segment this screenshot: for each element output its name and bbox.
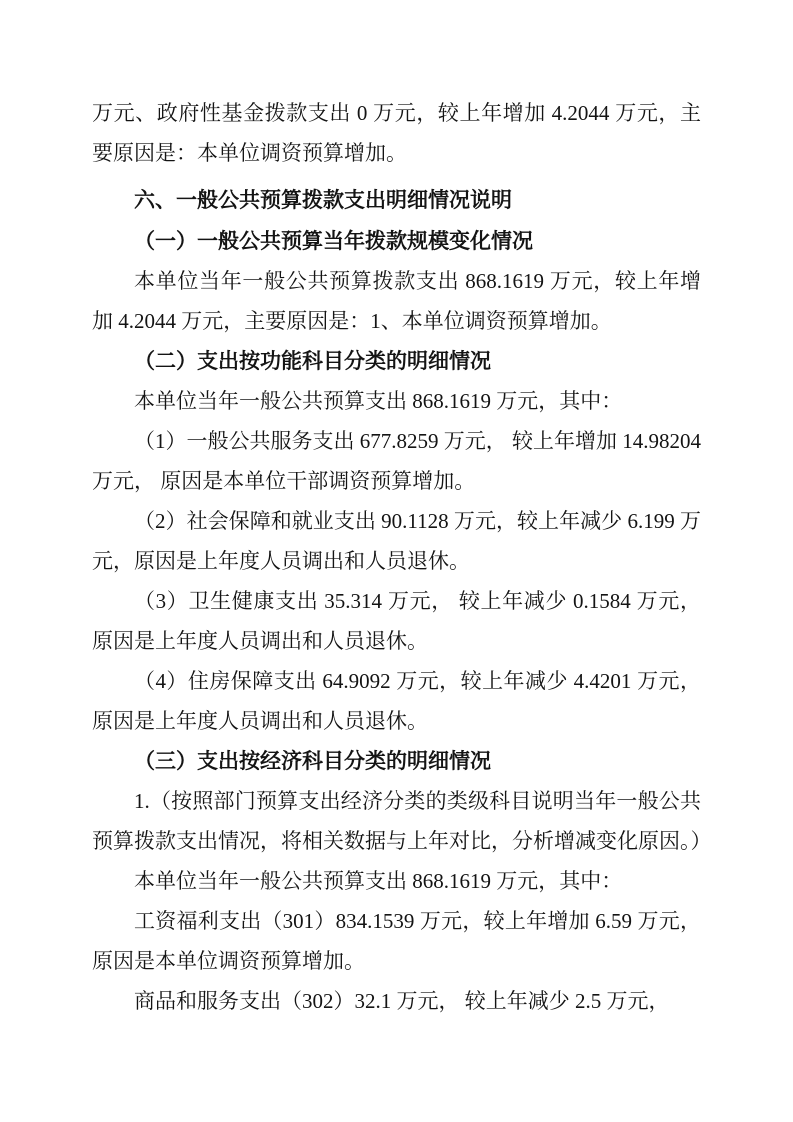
paragraph: 1.（按照部门预算支出经济分类的类级科目说明当年一般公共预算拨款支出情况，将相关… — [92, 781, 701, 861]
paragraph-item-2: （2）社会保障和就业支出 90.1128 万元，较上年减少 6.199 万元，原… — [92, 501, 701, 581]
section-heading-6: 六、一般公共预算拨款支出明细情况说明 — [92, 180, 701, 221]
subsection-heading-2: （二）支出按功能科目分类的明细情况 — [92, 341, 701, 381]
paragraph: 工资福利支出（301）834.1539 万元，较上年增加 6.59 万元，原因是… — [92, 901, 701, 981]
paragraph-item-1: （1）一般公共服务支出 677.8259 万元， 较上年增加 14.98204 … — [92, 421, 701, 501]
document-page: 万元、政府性基金拨款支出 0 万元，较上年增加 4.2044 万元，主要原因是：… — [0, 0, 793, 1122]
paragraph-item-4: （4）住房保障支出 64.9092 万元，较上年减少 4.4201 万元，原因是… — [92, 661, 701, 741]
paragraph: 商品和服务支出（302）32.1 万元， 较上年减少 2.5 万元， — [92, 981, 701, 1021]
paragraph-carryover: 万元、政府性基金拨款支出 0 万元，较上年增加 4.2044 万元，主要原因是：… — [92, 93, 701, 173]
subsection-heading-1: （一）一般公共预算当年拨款规模变化情况 — [92, 221, 701, 261]
paragraph: 本单位当年一般公共预算支出 868.1619 万元，其中： — [92, 861, 701, 901]
paragraph-item-3: （3）卫生健康支出 35.314 万元， 较上年减少 0.1584 万元，原因是… — [92, 581, 701, 661]
paragraph: 本单位当年一般公共预算拨款支出 868.1619 万元，较上年增加 4.2044… — [92, 261, 701, 341]
paragraph: 本单位当年一般公共预算支出 868.1619 万元，其中： — [92, 381, 701, 421]
subsection-heading-3: （三）支出按经济科目分类的明细情况 — [92, 741, 701, 781]
